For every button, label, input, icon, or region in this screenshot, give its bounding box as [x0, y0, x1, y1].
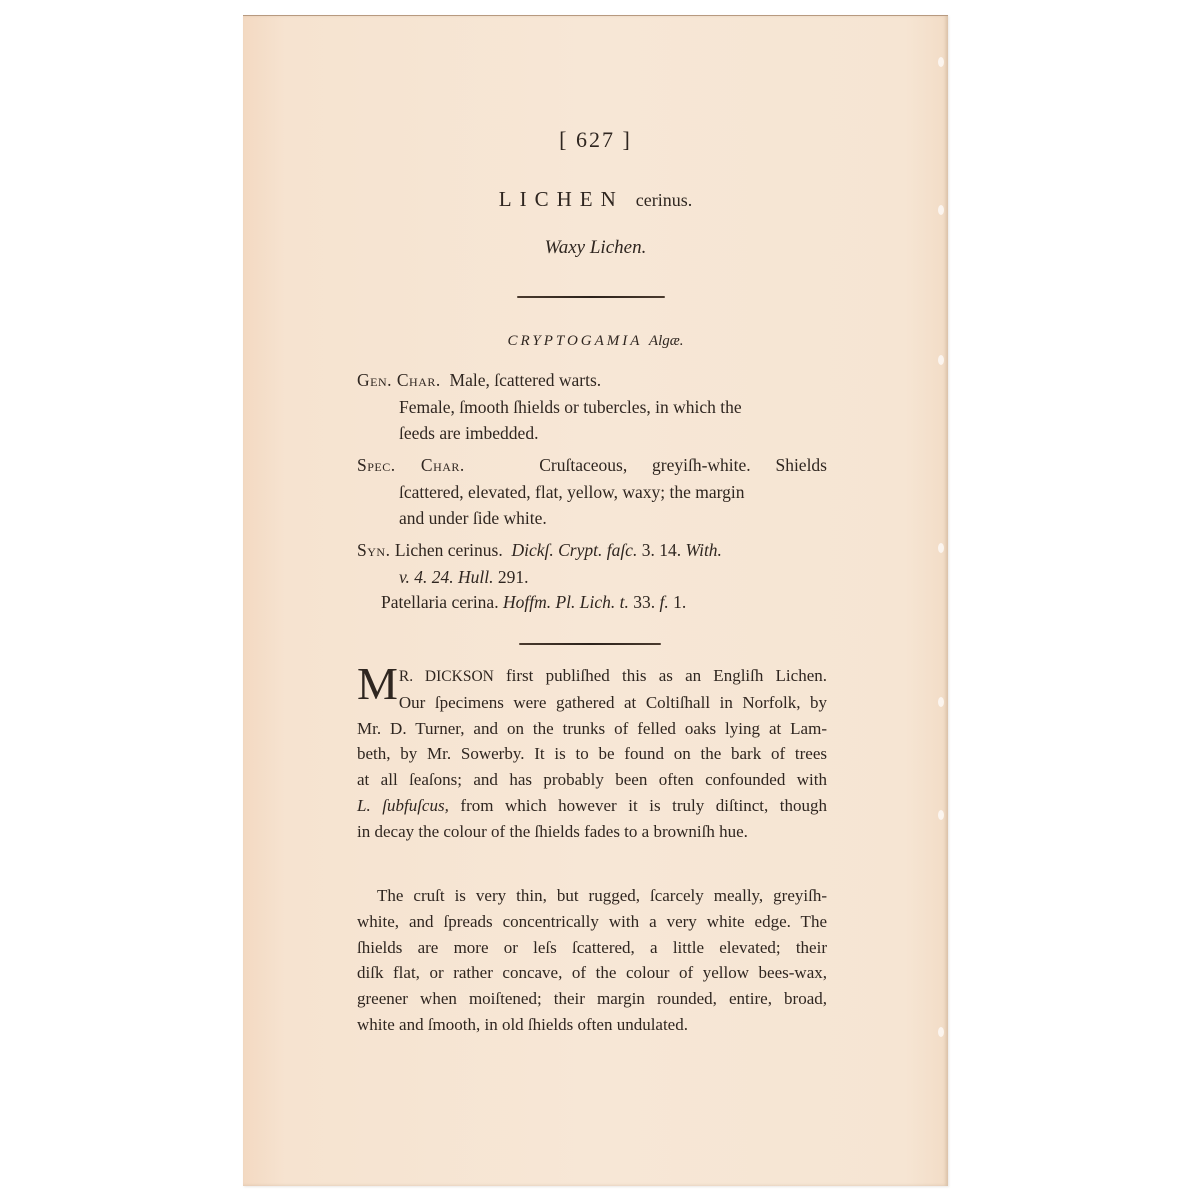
spec-char-line1: Cruſtaceous, greyiſh-white. Shields	[539, 455, 827, 475]
specific-character: Spec. Char. Cruſtaceous, greyiſh-white. …	[357, 452, 827, 532]
classification-line: CRYPTOGAMIA Algæ.	[243, 333, 948, 350]
syn-entry1-ref: Dickſ. Crypt. faſc.	[511, 540, 637, 560]
syn-entry2-fig-num: 1.	[673, 592, 686, 612]
page-edge-nick	[938, 57, 944, 67]
spec-char-label: Spec. Char.	[357, 455, 465, 475]
paragraph2-line: greener when moiſtened; their margin rou…	[357, 986, 827, 1012]
page-title: LICHENcerinus.	[243, 187, 948, 212]
paragraph1-line: beth, by Mr. Sowerby. It is to be found …	[357, 741, 827, 767]
paragraph2-line: white, and ſpreads concentrically with a…	[357, 909, 827, 935]
paragraph1-line: from which however it is truly diſtinct,…	[460, 796, 827, 815]
syn-entry1-vol: v. 4. 24.	[399, 567, 454, 587]
syn-entry2-ref: Hoffm. Pl. Lich. t.	[503, 592, 629, 612]
syn-label: Syn.	[357, 540, 390, 560]
paragraph2-line: ſhields are more or leſs ſcattered, a li…	[357, 935, 827, 961]
synonyms: Syn. Lichen cerinus. Dickſ. Crypt. faſc.…	[357, 537, 827, 590]
page-edge-nick	[938, 810, 944, 820]
paragraph1-line: in decay the colour of the ſhields fades…	[357, 819, 827, 845]
divider-rule	[519, 643, 661, 645]
syn-entry1-hull-num: 291.	[498, 567, 529, 587]
description-paragraph-1: M R. DICKSON first publiſhed this as an …	[357, 663, 827, 845]
paragraph1-line: Mr. D. Turner, and on the trunks of fell…	[357, 716, 827, 742]
page-edge-nick	[938, 697, 944, 707]
paragraph1-lead: R. DICKSON	[399, 668, 494, 685]
class-name: CRYPTOGAMIA	[507, 333, 642, 349]
syn-entry2-name: Patellaria cerina.	[381, 592, 499, 612]
title-genus: LICHEN	[499, 187, 624, 211]
description-paragraph-2: The cruſt is very thin, but rugged, ſcar…	[357, 883, 827, 1038]
page-edge-nick	[938, 1027, 944, 1037]
paragraph1-line: at all ſeaſons; and has probably been of…	[357, 767, 827, 793]
page-edge-nick	[938, 543, 944, 553]
spec-char-line3: and under ſide white.	[357, 505, 827, 532]
book-page: [ 627 ] LICHENcerinus. Waxy Lichen. CRYP…	[243, 15, 948, 1186]
gen-char-line2: Female, ſmooth ſhields or tubercles, in …	[357, 394, 827, 421]
syn-entry1-ref-num: 3. 14.	[642, 540, 681, 560]
syn-entry1-hull: Hull.	[458, 567, 494, 587]
gen-char-line1: Male, ſcattered warts.	[450, 370, 602, 390]
synonym-entry-2: Patellaria cerina. Hoffm. Pl. Lich. t. 3…	[381, 589, 851, 616]
syn-entry2-plate: 33.	[633, 592, 655, 612]
paragraph1-taxon: L. ſubfuſcus,	[357, 796, 449, 815]
title-species: cerinus.	[636, 190, 692, 210]
order-name: Algæ.	[649, 333, 684, 349]
common-name: Waxy Lichen.	[243, 237, 948, 259]
divider-rule	[517, 296, 665, 298]
gen-char-line3: ſeeds are imbedded.	[357, 420, 827, 447]
paragraph1-line: first publiſhed this as an Engliſh Liche…	[506, 666, 827, 685]
syn-entry2-fig-label: f.	[659, 592, 668, 612]
spec-char-line2: ſcattered, elevated, flat, yellow, waxy;…	[357, 479, 827, 506]
generic-character: Gen. Char. Male, ſcattered warts. Female…	[357, 367, 827, 447]
paragraph2-line: white and ſmooth, in old ſhields often u…	[357, 1012, 827, 1038]
drop-cap: M	[357, 666, 398, 702]
syn-entry1-name: Lichen cerinus.	[395, 540, 503, 560]
paragraph2-line: diſk flat, or rather concave, of the col…	[357, 960, 827, 986]
gen-char-label: Gen. Char.	[357, 370, 441, 390]
page-number: [ 627 ]	[243, 127, 948, 153]
syn-entry1-ref-with: With.	[685, 540, 721, 560]
paragraph2-line: The cruſt is very thin, but rugged, ſcar…	[357, 883, 827, 909]
page-edge-nick	[938, 355, 944, 365]
paragraph1-line: Our ſpecimens were gathered at Coltiſhal…	[357, 690, 827, 716]
